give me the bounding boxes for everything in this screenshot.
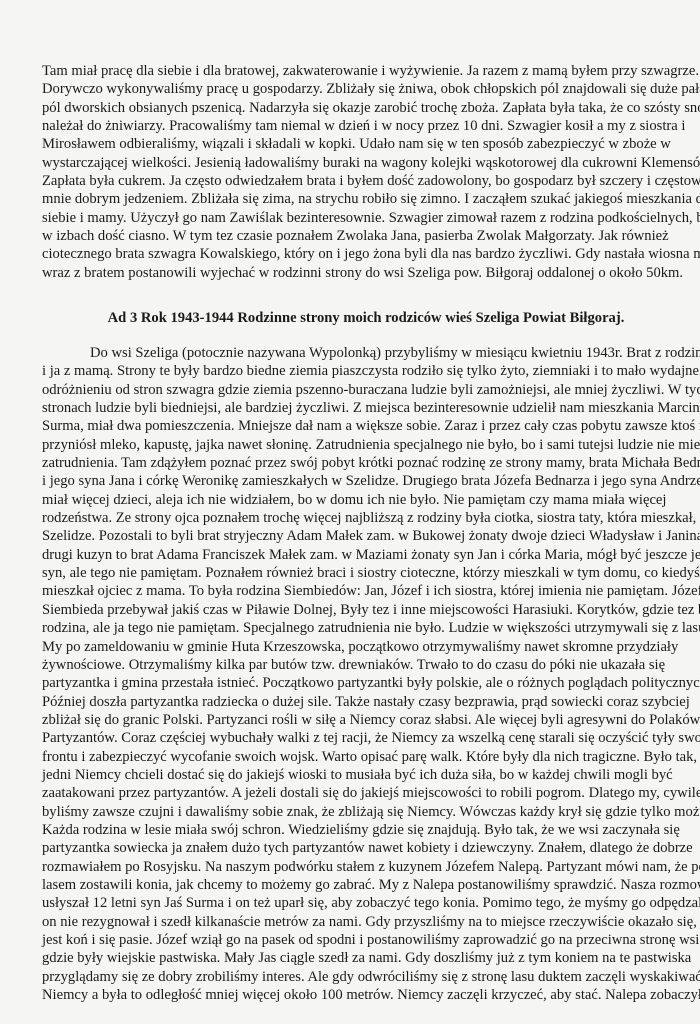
text-line: drugi kuzyn to brat Adama Franciszek Mał… [42, 546, 664, 564]
text-line: Siembieda przebywał jakiś czas w Piławie… [42, 601, 664, 619]
text-line: Zapłata była cukrem. Ja często odwiedzał… [42, 172, 664, 190]
text-line: Partyzantów. Coraz częściej wybuchały wa… [42, 729, 664, 747]
text-line: gdzie były wiejskie pastwiska. Mały Jas … [42, 949, 664, 967]
text-line: Szelidze. Pozostali to byli brat stryjec… [42, 527, 664, 545]
text-line: Do wsi Szeliga (potocznie nazywana Wypol… [42, 344, 664, 362]
text-line: zatrudnienia. Tam zdążyłem poznać przez … [42, 454, 664, 472]
text-line: zaatakowani przez partyzantów. A jeżeli … [42, 784, 664, 802]
text-line: partyzantka sowiecka ja znałem dużo tych… [42, 839, 664, 857]
text-line: Później doszła partyzantka radziecka o d… [42, 693, 664, 711]
text-line: jedni Niemcy chcieli dostać się do jakie… [42, 766, 664, 784]
text-line: on nie rezygnował i szedł kilkanaście me… [42, 913, 664, 931]
paragraph-1: Tam miał pracę dla siebie i dla bratowej… [42, 62, 664, 282]
text-line: przyniósł mleko, kapustę, jajka nawet sł… [42, 436, 664, 454]
text-line: Każda rodzina w lesie miała swój schron.… [42, 821, 664, 839]
text-line: wraz z bratem postanowili wyjechać w rod… [42, 264, 664, 282]
text-line: usłyszał 12 letni syn Jaś Surma i on też… [42, 894, 664, 912]
text-line: Tam miał pracę dla siebie i dla bratowej… [42, 62, 664, 80]
text-line: Niemcy a była to odległość mniej więcej … [42, 986, 664, 1004]
text-line: ciotecznego brata szwagra Kowalskiego, k… [42, 245, 664, 263]
text-line: przyglądamy się ze dobry zrobiliśmy inte… [42, 968, 664, 986]
text-line: żywnościowe. Otrzymaliśmy kilka par butó… [42, 656, 664, 674]
text-line: siebie i mamy. Użyczył go nam Zawiślak b… [42, 209, 664, 227]
text-line: mieszkał ojciec z mama. To była rodzina … [42, 582, 664, 600]
text-line: wystarczającej wielkości. Jesienią ładow… [42, 154, 664, 172]
text-line: i jego syna Jana i córkę Weronikę zamies… [42, 472, 664, 490]
text-line: My po zameldowaniu w gminie Huta Krzeszo… [42, 638, 664, 656]
text-line: stronach ludzie byli biedniejsi, ale bar… [42, 399, 664, 417]
text-line: Dorywczo wykonywaliśmy pracę u gospodarz… [42, 80, 664, 98]
text-line: lasem zostawili konia, jak chcemy to moż… [42, 876, 664, 894]
text-line: rodzeństwa. Ze strony ojca poznałem troc… [42, 509, 664, 527]
text-line: Mirosławem odbieraliśmy, wiązali i skład… [42, 135, 664, 153]
text-line: frontu i zabezpieczyć wycofanie swoich w… [42, 748, 664, 766]
text-line: jest koń i się pasie. Józef wziął go na … [42, 931, 664, 949]
text-line: mnie dobrym jedzeniem. Zbliżała się zima… [42, 190, 664, 208]
text-line: syn, ale tego nie pamiętam. Poznałem rów… [42, 564, 664, 582]
text-line: rodzina, ale ja tego nie pamiętam. Specj… [42, 619, 664, 637]
text-line: pól dworskich obsianych pszenicą. Nadarz… [42, 99, 664, 117]
text-line: rozmawiałem po Rosyjsku. Na naszym podwó… [42, 858, 664, 876]
text-line: Surma, miał dwa pomieszczenia. Mniejsze … [42, 417, 664, 435]
text-line: byliśmy zawsze czujni i dawaliśmy sobie … [42, 803, 664, 821]
text-line: w izbach dość ciasno. W tym tez czasie p… [42, 227, 664, 245]
text-line: zbliżał się do granic Polski. Partyzanci… [42, 711, 664, 729]
text-line: miał więcej dzieci, aleja ich nie widzia… [42, 491, 664, 509]
text-line: odróżnieniu od stron szwagra gdzie ziemi… [42, 381, 664, 399]
document-page: Tam miał pracę dla siebie i dla bratowej… [0, 0, 700, 1024]
text-line: i ja z mamą. Strony te były bardzo biedn… [42, 362, 664, 380]
section-heading: Ad 3 Rok 1943-1944 Rodzinne strony moich… [0, 309, 700, 327]
paragraph-2: Do wsi Szeliga (potocznie nazywana Wypol… [42, 344, 664, 1004]
text-line: partyzantka i gmina przestała istnieć. P… [42, 674, 664, 692]
text-line: należał do żniwiarzy. Pracowaliśmy tam n… [42, 117, 664, 135]
